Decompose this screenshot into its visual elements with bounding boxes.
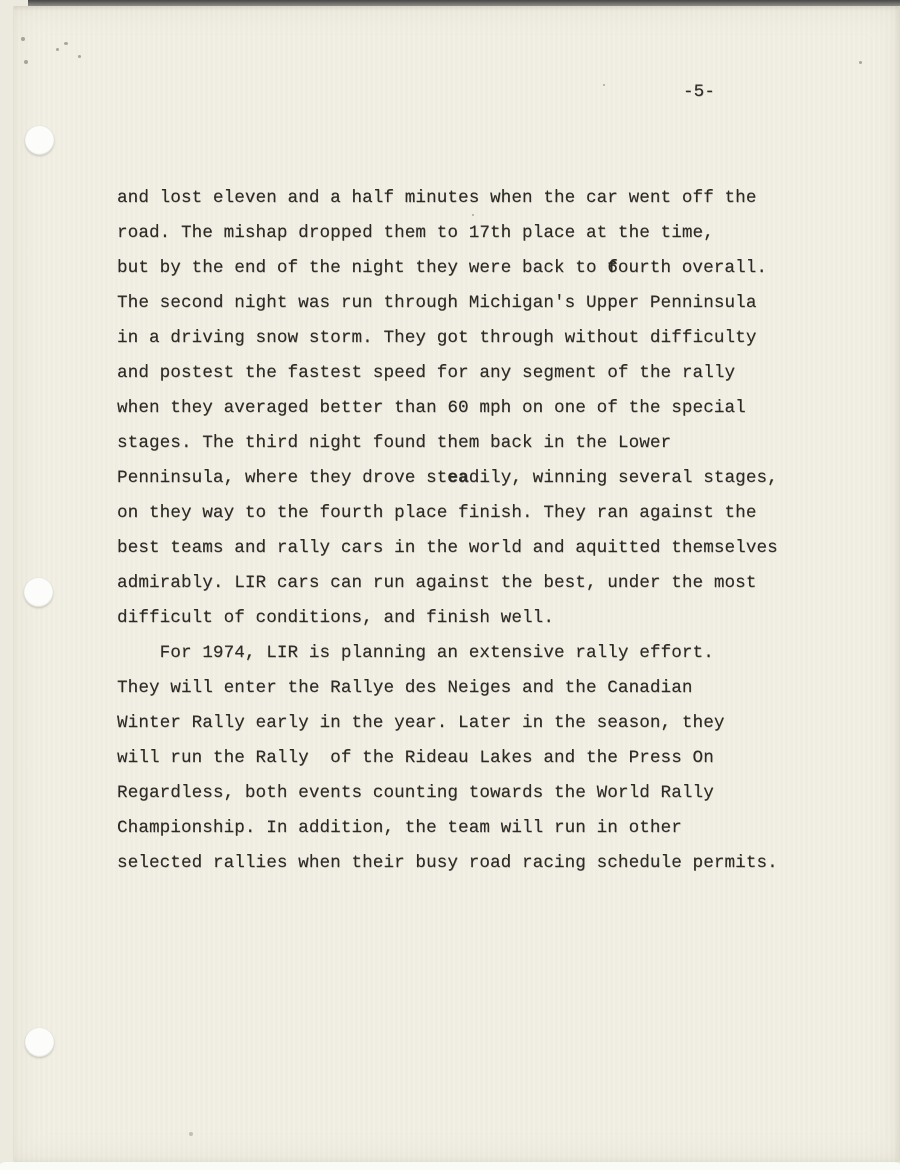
scan-edge-bottom (0, 1162, 900, 1170)
overstrike-over: 6 (607, 251, 618, 286)
overstruck-character: f6 (607, 251, 618, 286)
text-line: and postest the fastest speed for any se… (117, 356, 817, 391)
paper-speck (859, 61, 862, 64)
hole-punch-bottom (25, 1028, 54, 1057)
text-segment: ourth overall. (618, 258, 767, 278)
text-line: and lost eleven and a half minutes when … (117, 181, 817, 216)
hole-punch-middle (24, 578, 53, 607)
paper-speck (64, 42, 68, 45)
page-number: -5- (683, 82, 715, 102)
text-line: Championship. In addition, the team will… (117, 811, 817, 846)
text-line: admirably. LIR cars can run against the … (117, 566, 817, 601)
paper-speck (56, 48, 59, 51)
text-line: difficult of conditions, and finish well… (117, 601, 817, 636)
text-line: road. The mishap dropped them to 17th pl… (117, 216, 817, 251)
paper-speck (603, 84, 605, 86)
text-line: stages. The third night found them back … (117, 426, 817, 461)
paper-speck (78, 55, 81, 58)
text-segment: dily, winning several stages, (469, 468, 778, 488)
paper-speck (24, 60, 28, 64)
text-line: on they way to the fourth place finish. … (117, 496, 817, 531)
body-text: and lost eleven and a half minutes when … (117, 181, 817, 881)
text-line: They will enter the Rallye des Neiges an… (117, 671, 817, 706)
text-line: The second night was run through Michiga… (117, 286, 817, 321)
text-segment: but by the end of the night they were ba… (117, 258, 607, 278)
text-line: best teams and rally cars in the world a… (117, 531, 817, 566)
text-line: in a driving snow storm. They got throug… (117, 321, 817, 356)
text-line: selected rallies when their busy road ra… (117, 846, 817, 881)
text-line: Winter Rally early in the year. Later in… (117, 706, 817, 741)
text-line: when they averaged better than 60 mph on… (117, 391, 817, 426)
double-struck-letters: ea (447, 468, 468, 488)
scan-edge-top (28, 0, 900, 6)
paragraph-1: and lost eleven and a half minutes when … (117, 181, 817, 636)
text-line: Penninsula, where they drove steadily, w… (117, 461, 817, 496)
text-segment: Penninsula, where they drove st (117, 468, 447, 488)
paper-speck (189, 1132, 193, 1136)
scanned-document-page: -5- and lost eleven and a half minutes w… (0, 0, 900, 1170)
paper-speck (21, 37, 25, 41)
paragraph-2: For 1974, LIR is planning an extensive r… (117, 636, 817, 881)
text-line: For 1974, LIR is planning an extensive r… (117, 636, 817, 671)
text-line: will run the Rally of the Rideau Lakes a… (117, 741, 817, 776)
text-line: but by the end of the night they were ba… (117, 251, 817, 286)
text-line: Regardless, both events counting towards… (117, 776, 817, 811)
hole-punch-top (25, 126, 54, 155)
